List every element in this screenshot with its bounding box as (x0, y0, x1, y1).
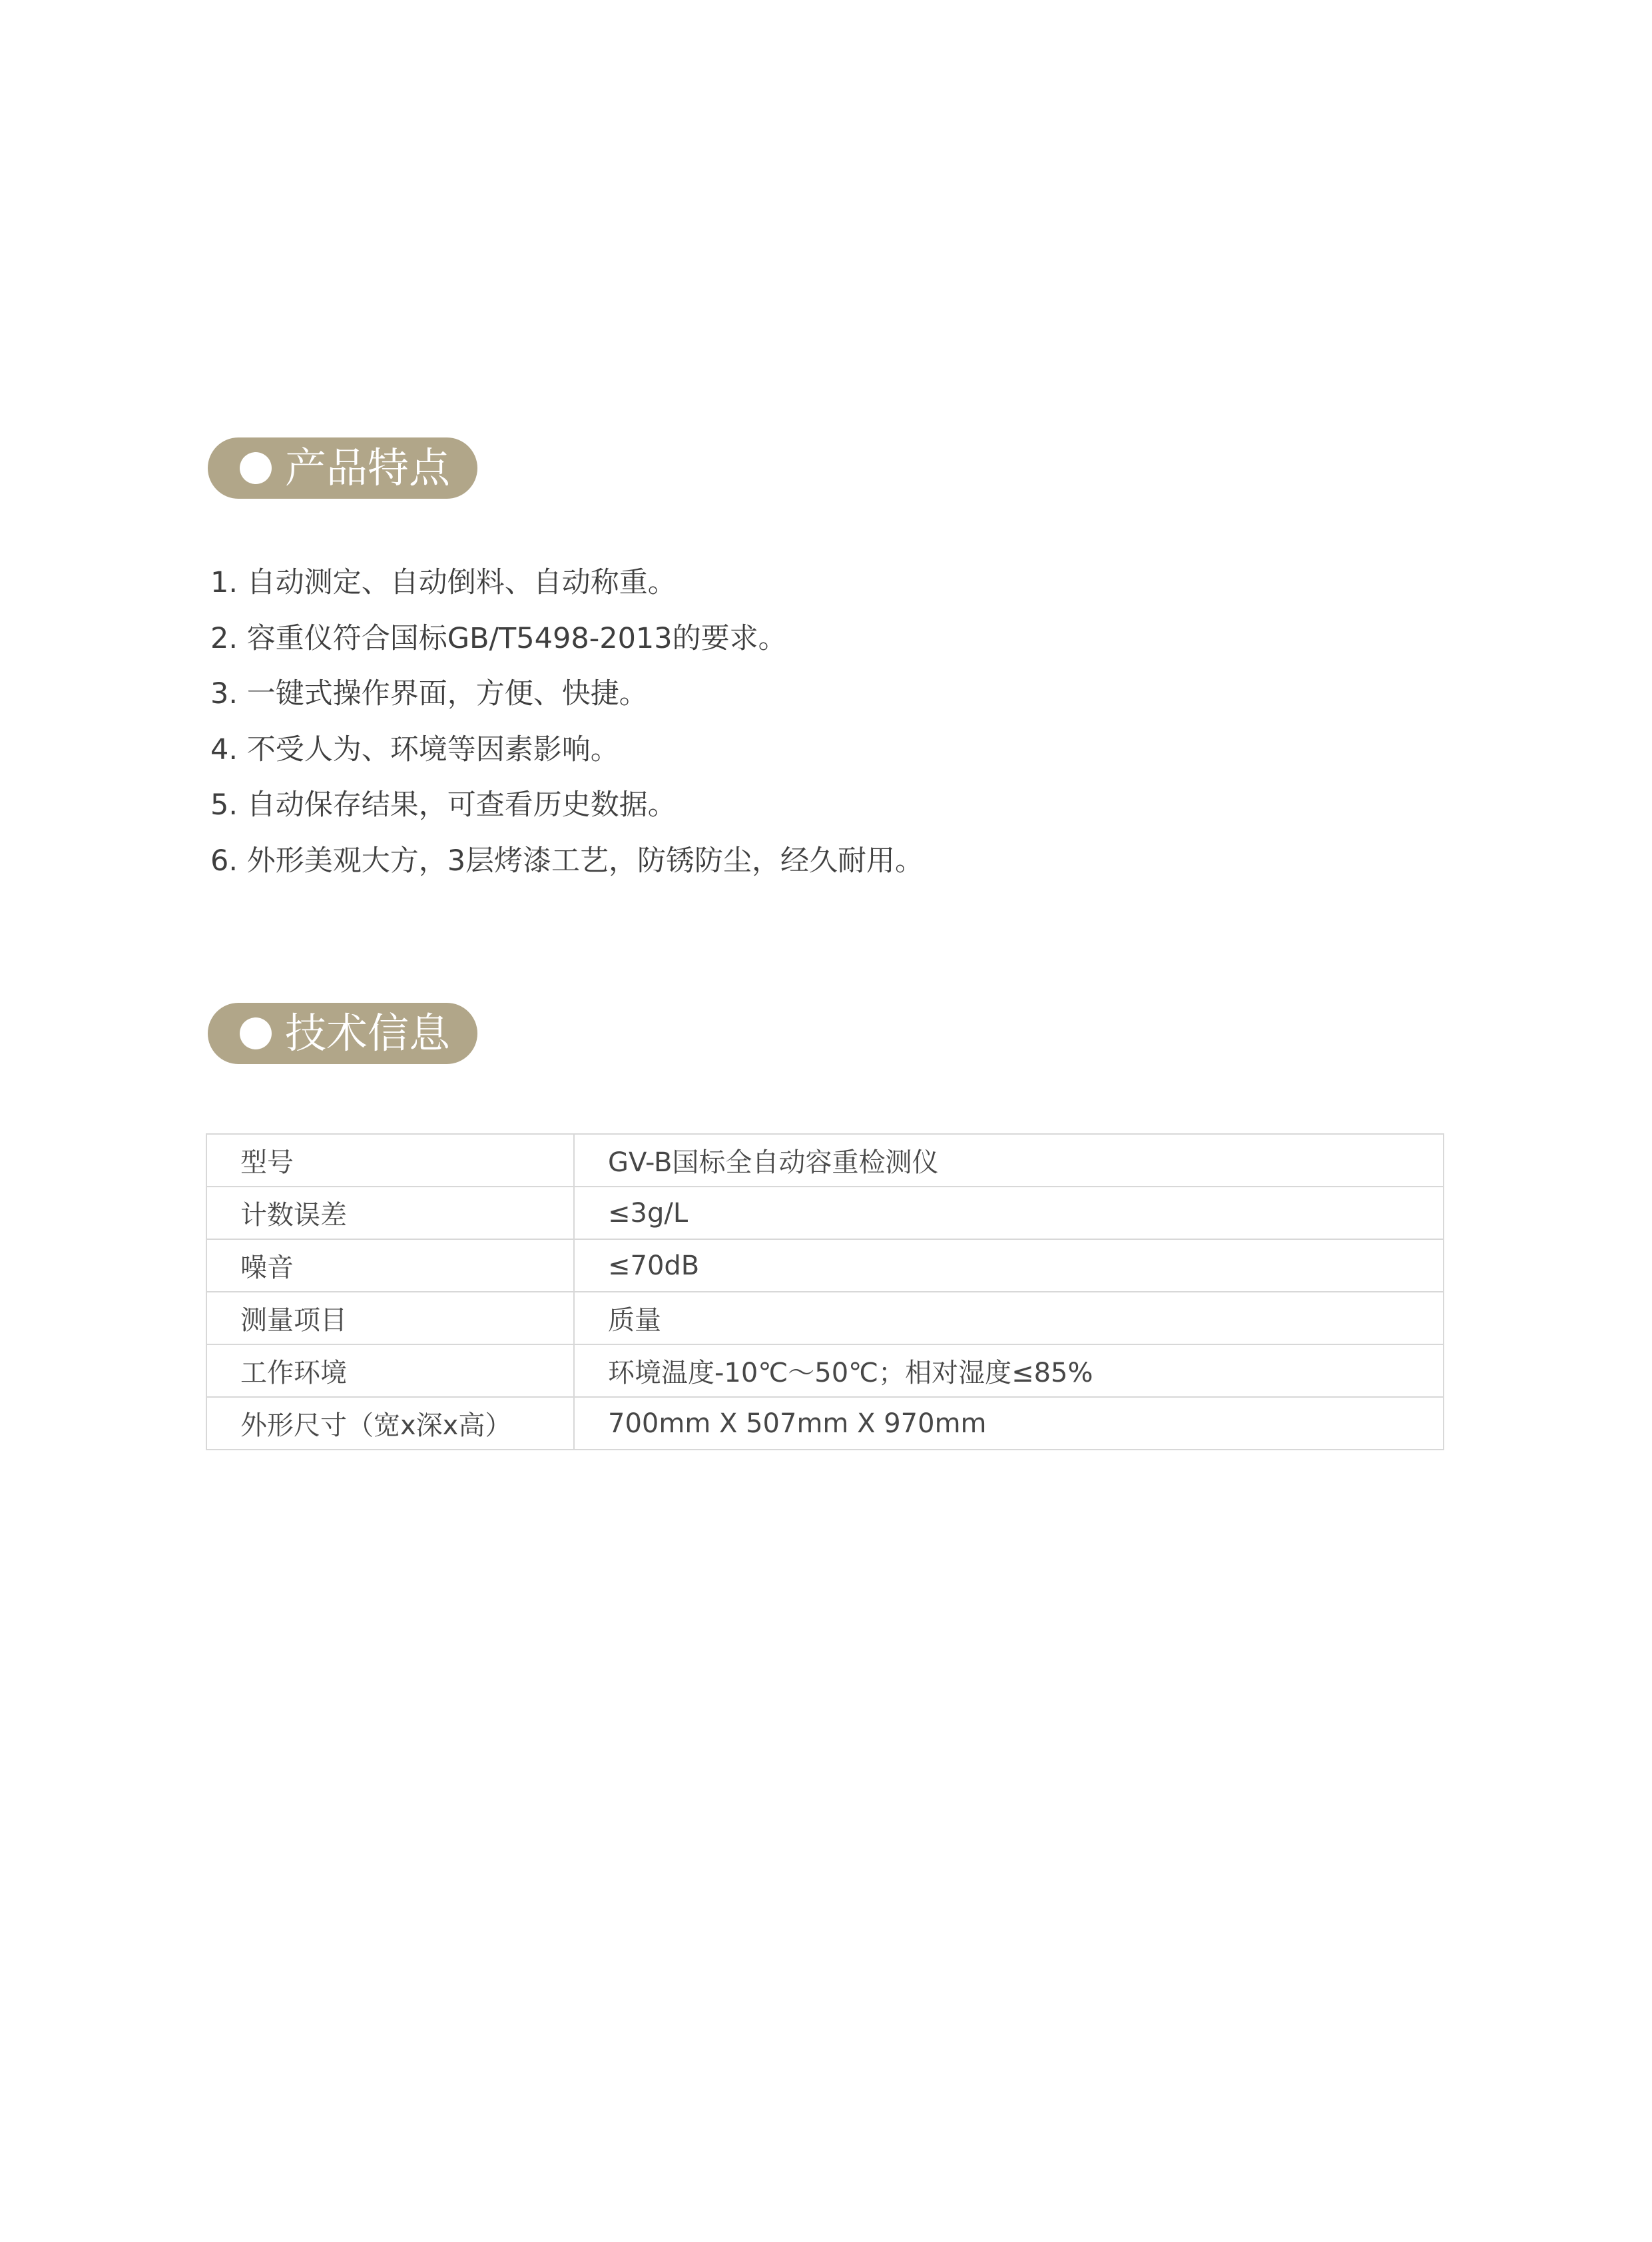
feature-list-item: 2. 容重仪符合国标GB/T5498-2013的要求。 (210, 611, 924, 667)
spec-value: ≤3g/L (574, 1187, 1444, 1239)
spec-value: 700mm X 507mm X 970mm (574, 1397, 1444, 1450)
table-row: 测量项目 质量 (206, 1292, 1444, 1344)
section-title: 技术信息 (285, 1013, 450, 1054)
spec-table: 型号 GV-B国标全自动容重检测仪 计数误差 ≤3g/L 噪音 ≤70dB 测量… (206, 1133, 1444, 1450)
spec-label: 计数误差 (206, 1187, 574, 1239)
feature-list-item: 4. 不受人为、环境等因素影响。 (210, 722, 924, 778)
spec-label: 外形尺寸（宽x深x高） (206, 1397, 574, 1450)
spec-label: 工作环境 (206, 1344, 574, 1397)
bullet-circle-icon (240, 452, 272, 484)
spec-value: GV-B国标全自动容重检测仪 (574, 1134, 1444, 1187)
table-row: 型号 GV-B国标全自动容重检测仪 (206, 1134, 1444, 1187)
feature-list-item: 1. 自动测定、自动倒料、自动称重。 (210, 555, 924, 611)
table-row: 噪音 ≤70dB (206, 1239, 1444, 1292)
spec-label: 型号 (206, 1134, 574, 1187)
bullet-circle-icon (240, 1017, 272, 1049)
spec-label: 噪音 (206, 1239, 574, 1292)
product-spec-page: 产品特点 1. 自动测定、自动倒料、自动称重。 2. 容重仪符合国标GB/T54… (0, 0, 1652, 2242)
feature-list-item: 3. 一键式操作界面，方便、快捷。 (210, 667, 924, 722)
spec-value: 环境温度-10℃～50℃；相对湿度≤85% (574, 1344, 1444, 1397)
section-title: 产品特点 (285, 447, 450, 489)
table-row: 外形尺寸（宽x深x高） 700mm X 507mm X 970mm (206, 1397, 1444, 1450)
section-badge-product-features: 产品特点 (208, 437, 477, 499)
feature-list: 1. 自动测定、自动倒料、自动称重。 2. 容重仪符合国标GB/T5498-20… (210, 555, 924, 889)
feature-list-item: 5. 自动保存结果，可查看历史数据。 (210, 778, 924, 834)
spec-value: 质量 (574, 1292, 1444, 1344)
spec-value: ≤70dB (574, 1239, 1444, 1292)
feature-list-item: 6. 外形美观大方，3层烤漆工艺，防锈防尘，经久耐用。 (210, 834, 924, 890)
table-row: 工作环境 环境温度-10℃～50℃；相对湿度≤85% (206, 1344, 1444, 1397)
spec-label: 测量项目 (206, 1292, 574, 1344)
table-row: 计数误差 ≤3g/L (206, 1187, 1444, 1239)
section-badge-technical-info: 技术信息 (208, 1003, 477, 1064)
